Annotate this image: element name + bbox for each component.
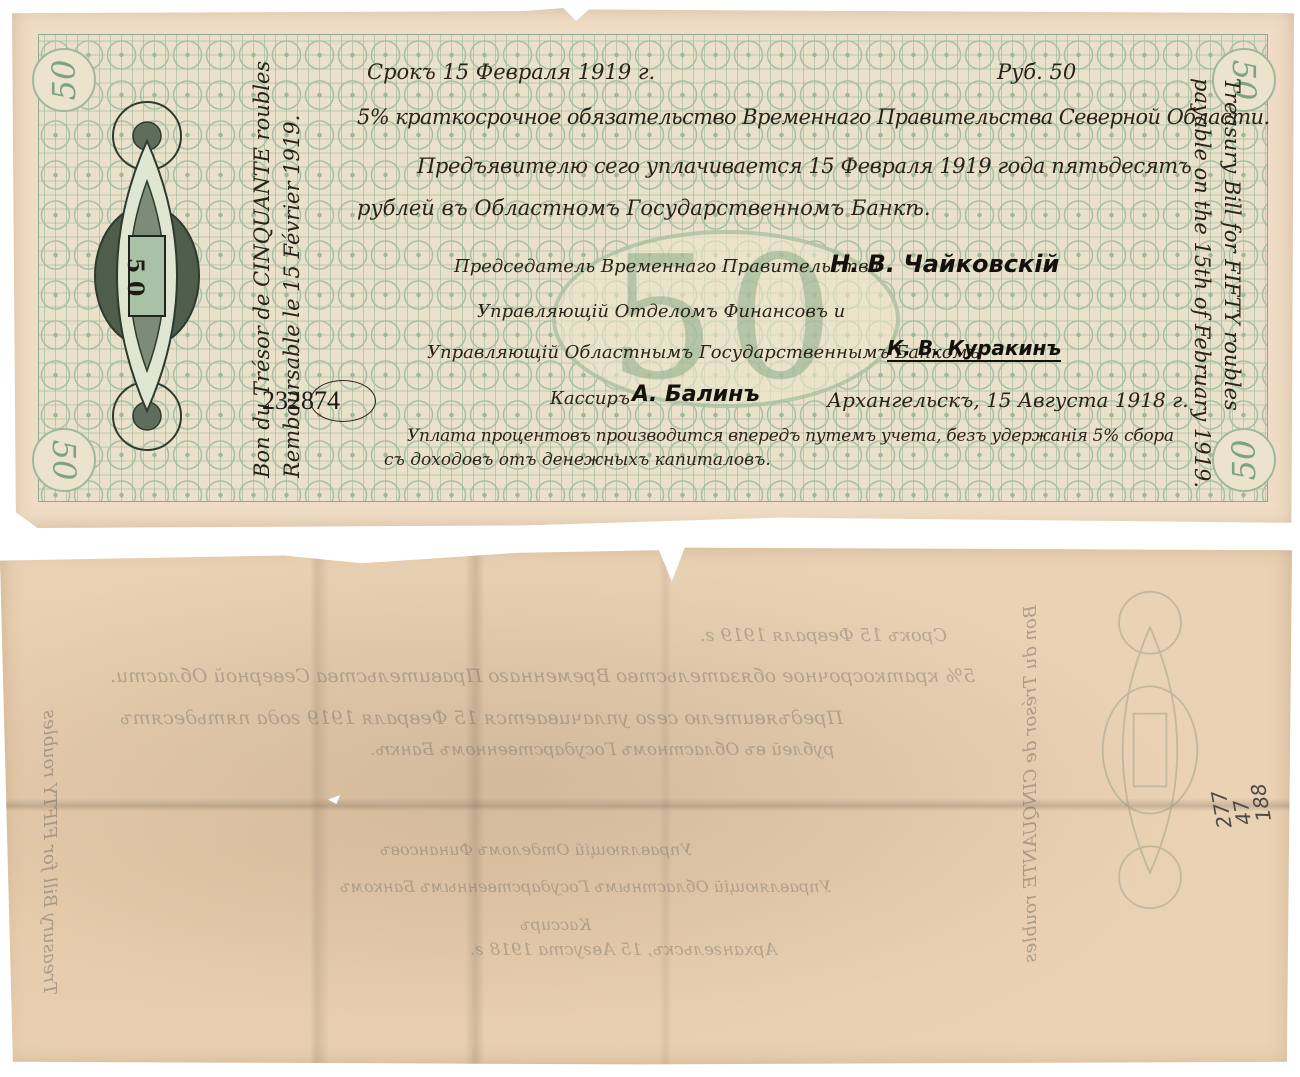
center-panel-denomination: 5 0 (122, 258, 148, 296)
signatory-title-chairman: Председатель Временнаго Правительства (454, 256, 879, 277)
place-date: Архангельскъ, 15 Августа 1918 г. (827, 388, 1189, 412)
show-through-bank: Управляющій Областнымъ Государственнымъ … (340, 877, 831, 896)
show-through-place-date: Архангельскъ, 15 Августа 1918 г. (470, 940, 777, 960)
term-line: Срокъ 15 Февраля 1919 г. (367, 60, 655, 84)
show-through-ornament-icon (1100, 580, 1200, 920)
signatory-title-cashier: Кассиръ (550, 388, 630, 409)
serial-circle (310, 380, 376, 422)
show-through-english: Treasury Bill for FIFTY roubles (39, 710, 60, 995)
french-text-line-2: Remboursable le 15 Février 1919. (280, 115, 304, 478)
signature-bank-manager: К. В. Куракинъ (887, 336, 1061, 362)
corner-denomination-bottom-right: 50 (1212, 428, 1276, 492)
signature-cashier: А. Балинъ (632, 382, 760, 407)
show-through-payment-2: рублей въ Областномъ Государственномъ Ба… (370, 740, 834, 760)
show-through-finance: Управляющій Отделомъ Финансовъ (380, 840, 692, 859)
show-through-french: Bon du Trésor de CINQUANTE roubles (1020, 605, 1041, 963)
payment-line-2: рублей въ Областномъ Государственномъ Ба… (357, 196, 931, 220)
footnote-line-1: Уплата процентовъ производится впередъ п… (407, 426, 1174, 446)
payment-line-1: Предъявителю сего уплачивается 15 Феврал… (417, 154, 1191, 178)
pencil-note-3: 188 (1248, 782, 1274, 823)
pencil-annotation: 277 47 188 (1208, 782, 1274, 830)
banknote-back: Срокъ 15 Февраля 1919 г. 5% краткосрочно… (0, 545, 1292, 1067)
footnote-line-2: съ доходовъ отъ денежныхъ капиталовъ. (384, 450, 771, 470)
amount-label: Руб. 50 (997, 60, 1076, 84)
show-through-cashier: Кассиръ (520, 915, 591, 934)
paper-hole (328, 795, 340, 804)
signatory-title-finance: Управляющій Отделомъ Финансовъ и (477, 301, 845, 322)
corner-denomination-top-left: 50 (32, 48, 96, 112)
banknote-front: 50 50 50 50 5 0 Bon du Trésor de CINQUAN… (12, 8, 1294, 528)
signature-chairman: Н. В. Чайковскій (830, 250, 1059, 278)
show-through-term: Срокъ 15 Февраля 1919 г. (700, 625, 947, 646)
corner-denomination-bottom-left: 50 (32, 428, 96, 492)
show-through-payment-1: Предъявителю сего уплачивается 15 Феврал… (120, 707, 843, 729)
show-through-title: 5% краткосрочное обязательство Временнаг… (110, 665, 975, 687)
obligation-title: 5% краткосрочное обязательство Временнаг… (357, 105, 1270, 129)
english-text-line-2: payable on the 15th of February 1919. (1190, 78, 1214, 488)
